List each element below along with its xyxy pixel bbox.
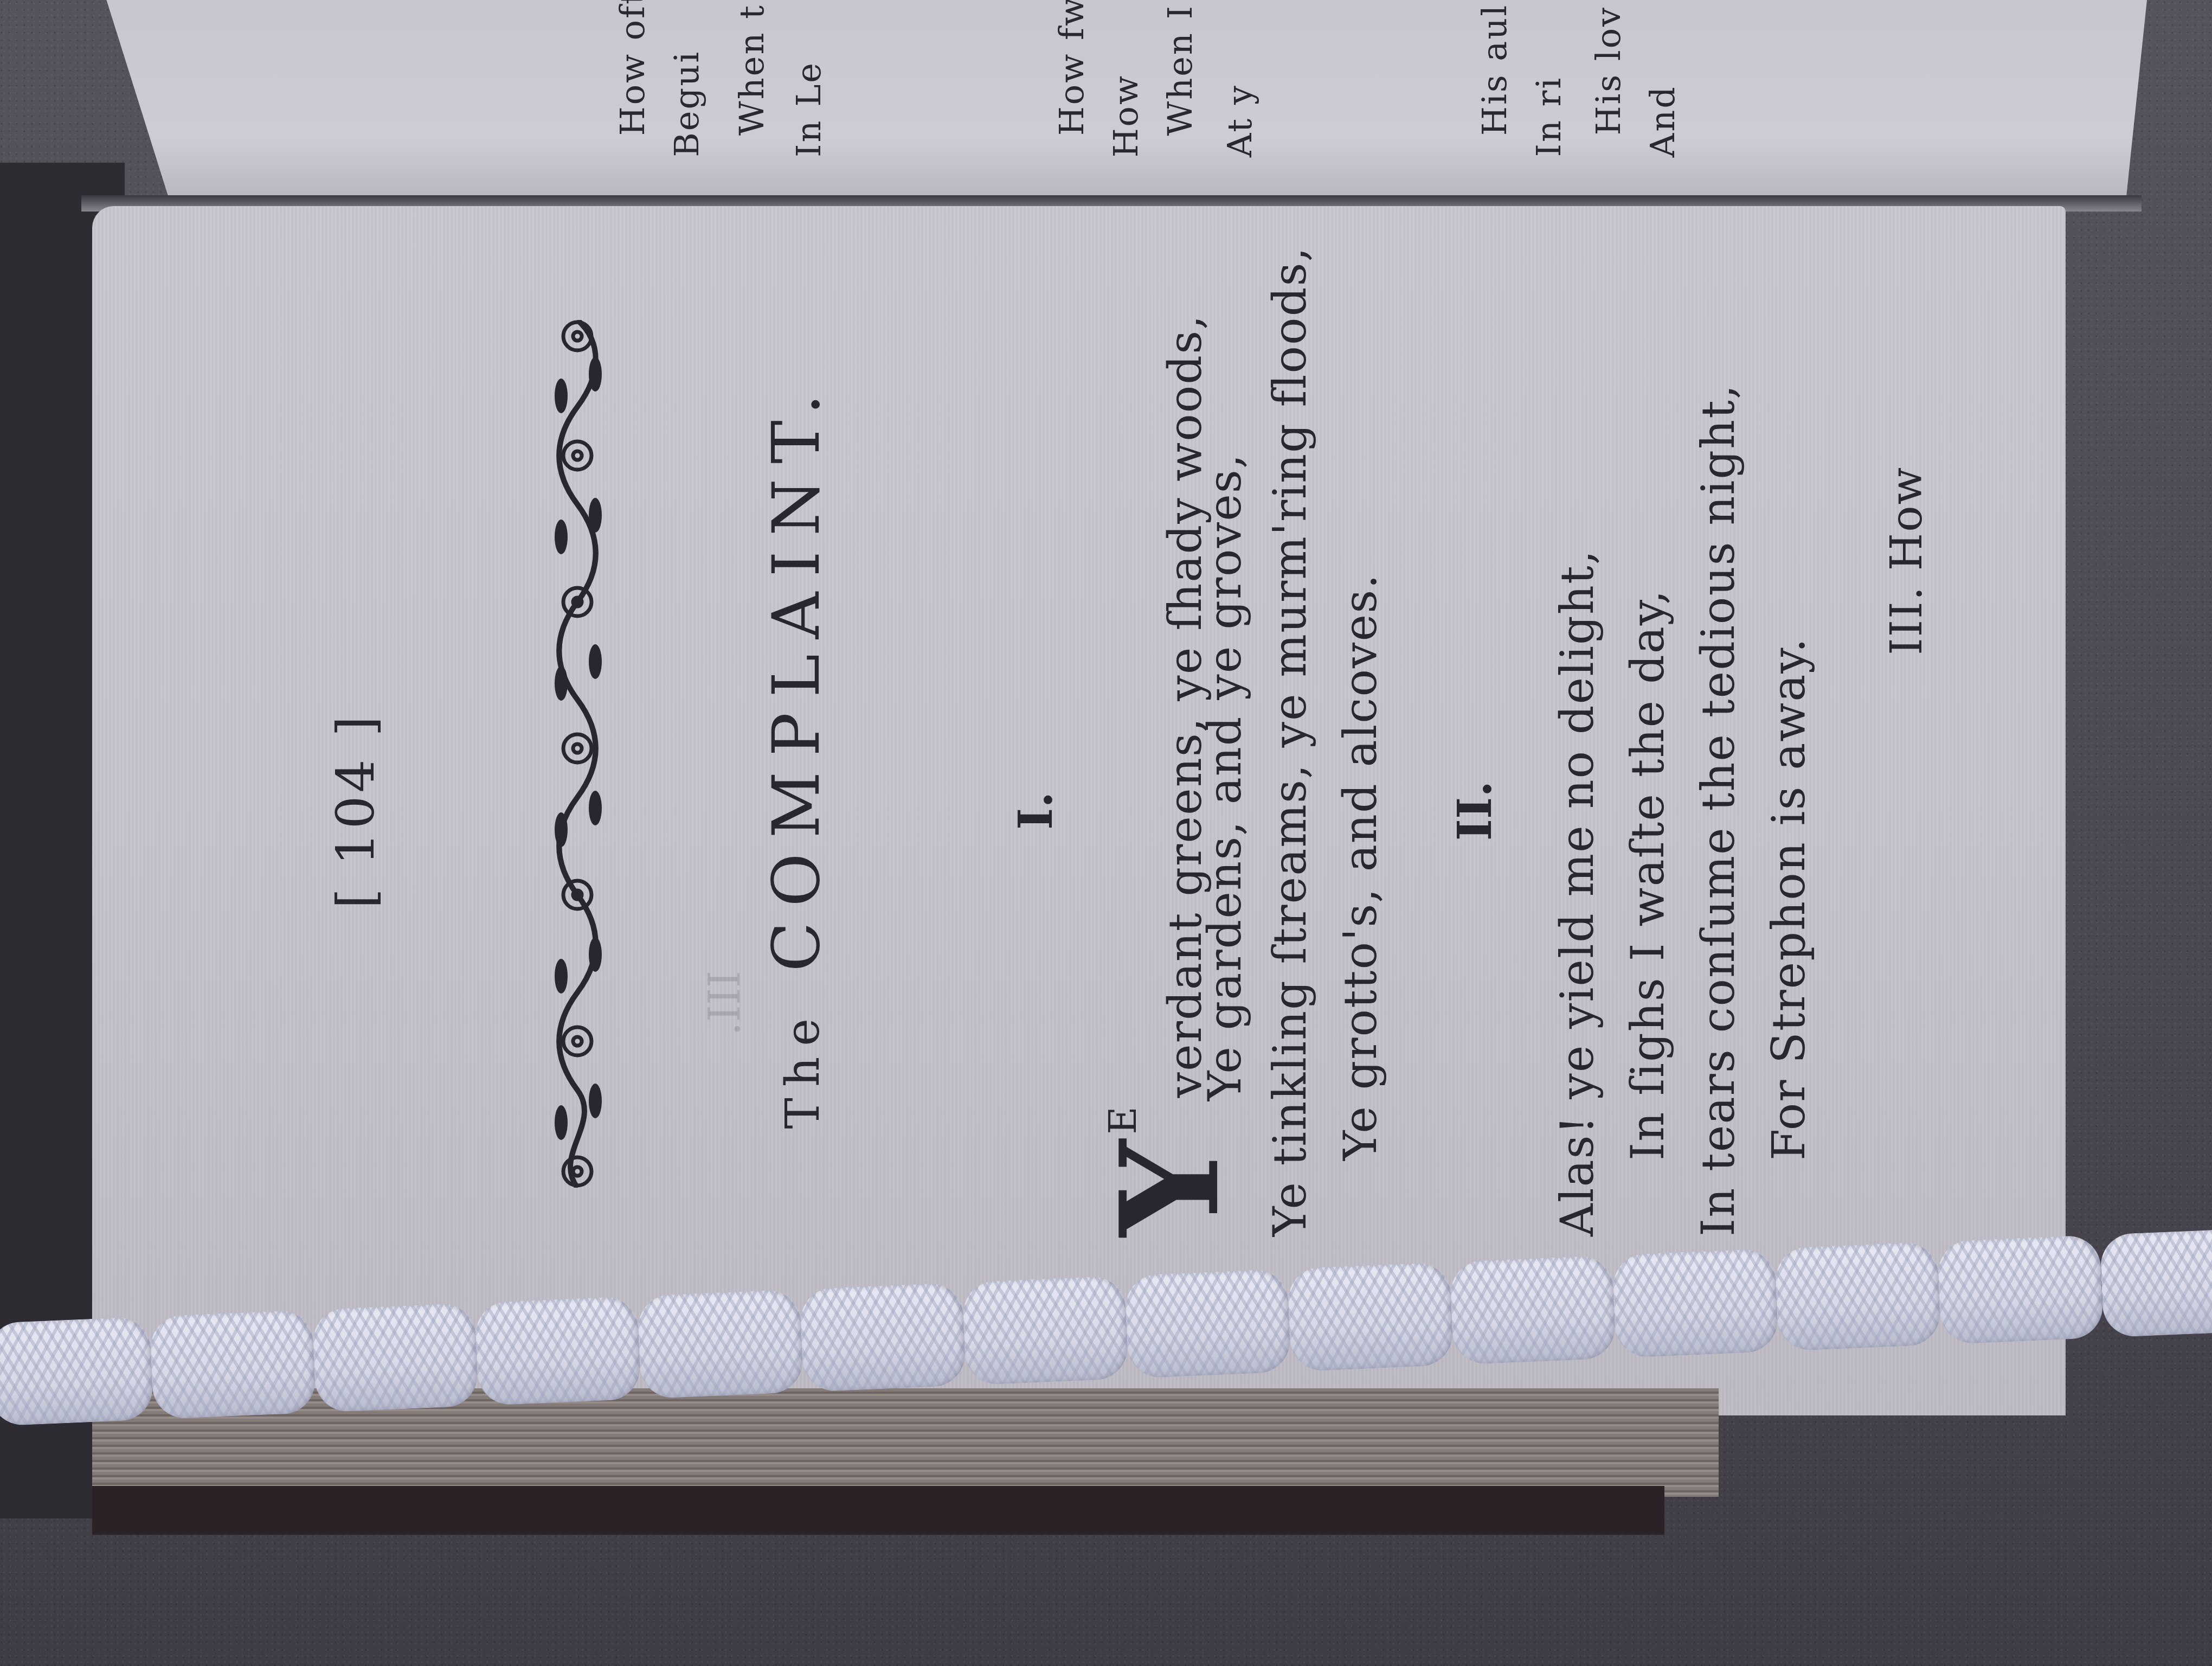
- cord-segment: [962, 1276, 1129, 1385]
- cord-segment: [1124, 1269, 1291, 1379]
- cord-segment: [2100, 1228, 2212, 1337]
- verse-line: In ſighs I waſte the day,: [1621, 589, 1674, 1161]
- floral-vine-ornament-icon: [542, 320, 613, 1188]
- facing-line: And: [1643, 85, 1682, 157]
- cord-segment: [637, 1289, 804, 1399]
- facing-line: Begui: [667, 50, 706, 157]
- cord-segment: [1937, 1235, 2104, 1344]
- verse-line: Ye tinkling ſtreams, ye murm'ring floods…: [1263, 246, 1316, 1236]
- verse-line: Alas! ye yield me no delight,: [1551, 549, 1604, 1236]
- poem-title: The COMPLAINT.: [759, 320, 834, 1188]
- facing-line: His lov: [1589, 6, 1628, 136]
- catchword: III. How: [1881, 466, 1932, 655]
- cord-segment: [150, 1310, 317, 1419]
- cord-segment: [312, 1303, 479, 1412]
- cord-segment: [1287, 1262, 1454, 1372]
- page-content: III. [ 104 ]: [92, 206, 2066, 1415]
- cord-segment: [1450, 1255, 1617, 1364]
- drop-cap-rest: E: [1101, 1105, 1145, 1134]
- cord-segment: [1774, 1241, 1941, 1351]
- facing-line: How fw: [1052, 0, 1091, 136]
- verse-line: For Strephon is away.: [1762, 637, 1815, 1161]
- show-through-text: III.: [699, 971, 750, 1036]
- cord-segment: [474, 1296, 641, 1406]
- verse-line: In tears conſume the tedious night,: [1692, 383, 1745, 1236]
- facing-line: How: [1106, 74, 1146, 157]
- book-page: III. [ 104 ]: [92, 206, 2066, 1415]
- facing-page-text: How oft Begui When t In Le How fw How Wh…: [43, 0, 2147, 201]
- stanza-number: I.: [1008, 206, 1063, 1415]
- verse-line: Ye gardens, and ye groves,: [1198, 453, 1251, 1101]
- book-cover-bottom: [92, 1486, 1664, 1535]
- facing-line: How oft: [613, 0, 652, 136]
- facing-line: When I: [1160, 4, 1200, 136]
- page-number: [ 104 ]: [325, 206, 386, 1415]
- cord-segment: [0, 1317, 154, 1426]
- facing-page: How oft Begui When t In Le How fw How Wh…: [43, 0, 2147, 201]
- cord-segment: [800, 1283, 967, 1392]
- title-main: COMPLAINT.: [759, 379, 834, 972]
- facing-line: In Le: [789, 61, 828, 157]
- title-prefix: The: [776, 1008, 830, 1129]
- facing-line: His aul: [1475, 4, 1514, 136]
- drop-cap: Y: [1090, 1139, 1249, 1236]
- facing-line: At y: [1220, 84, 1259, 157]
- stanza-number: II.: [1448, 206, 1502, 1415]
- facing-line: When t: [732, 4, 771, 136]
- verse-line: Ye grotto's, and alcoves.: [1334, 573, 1387, 1161]
- cord-segment: [1612, 1248, 1779, 1358]
- facing-line: In ri: [1529, 76, 1568, 157]
